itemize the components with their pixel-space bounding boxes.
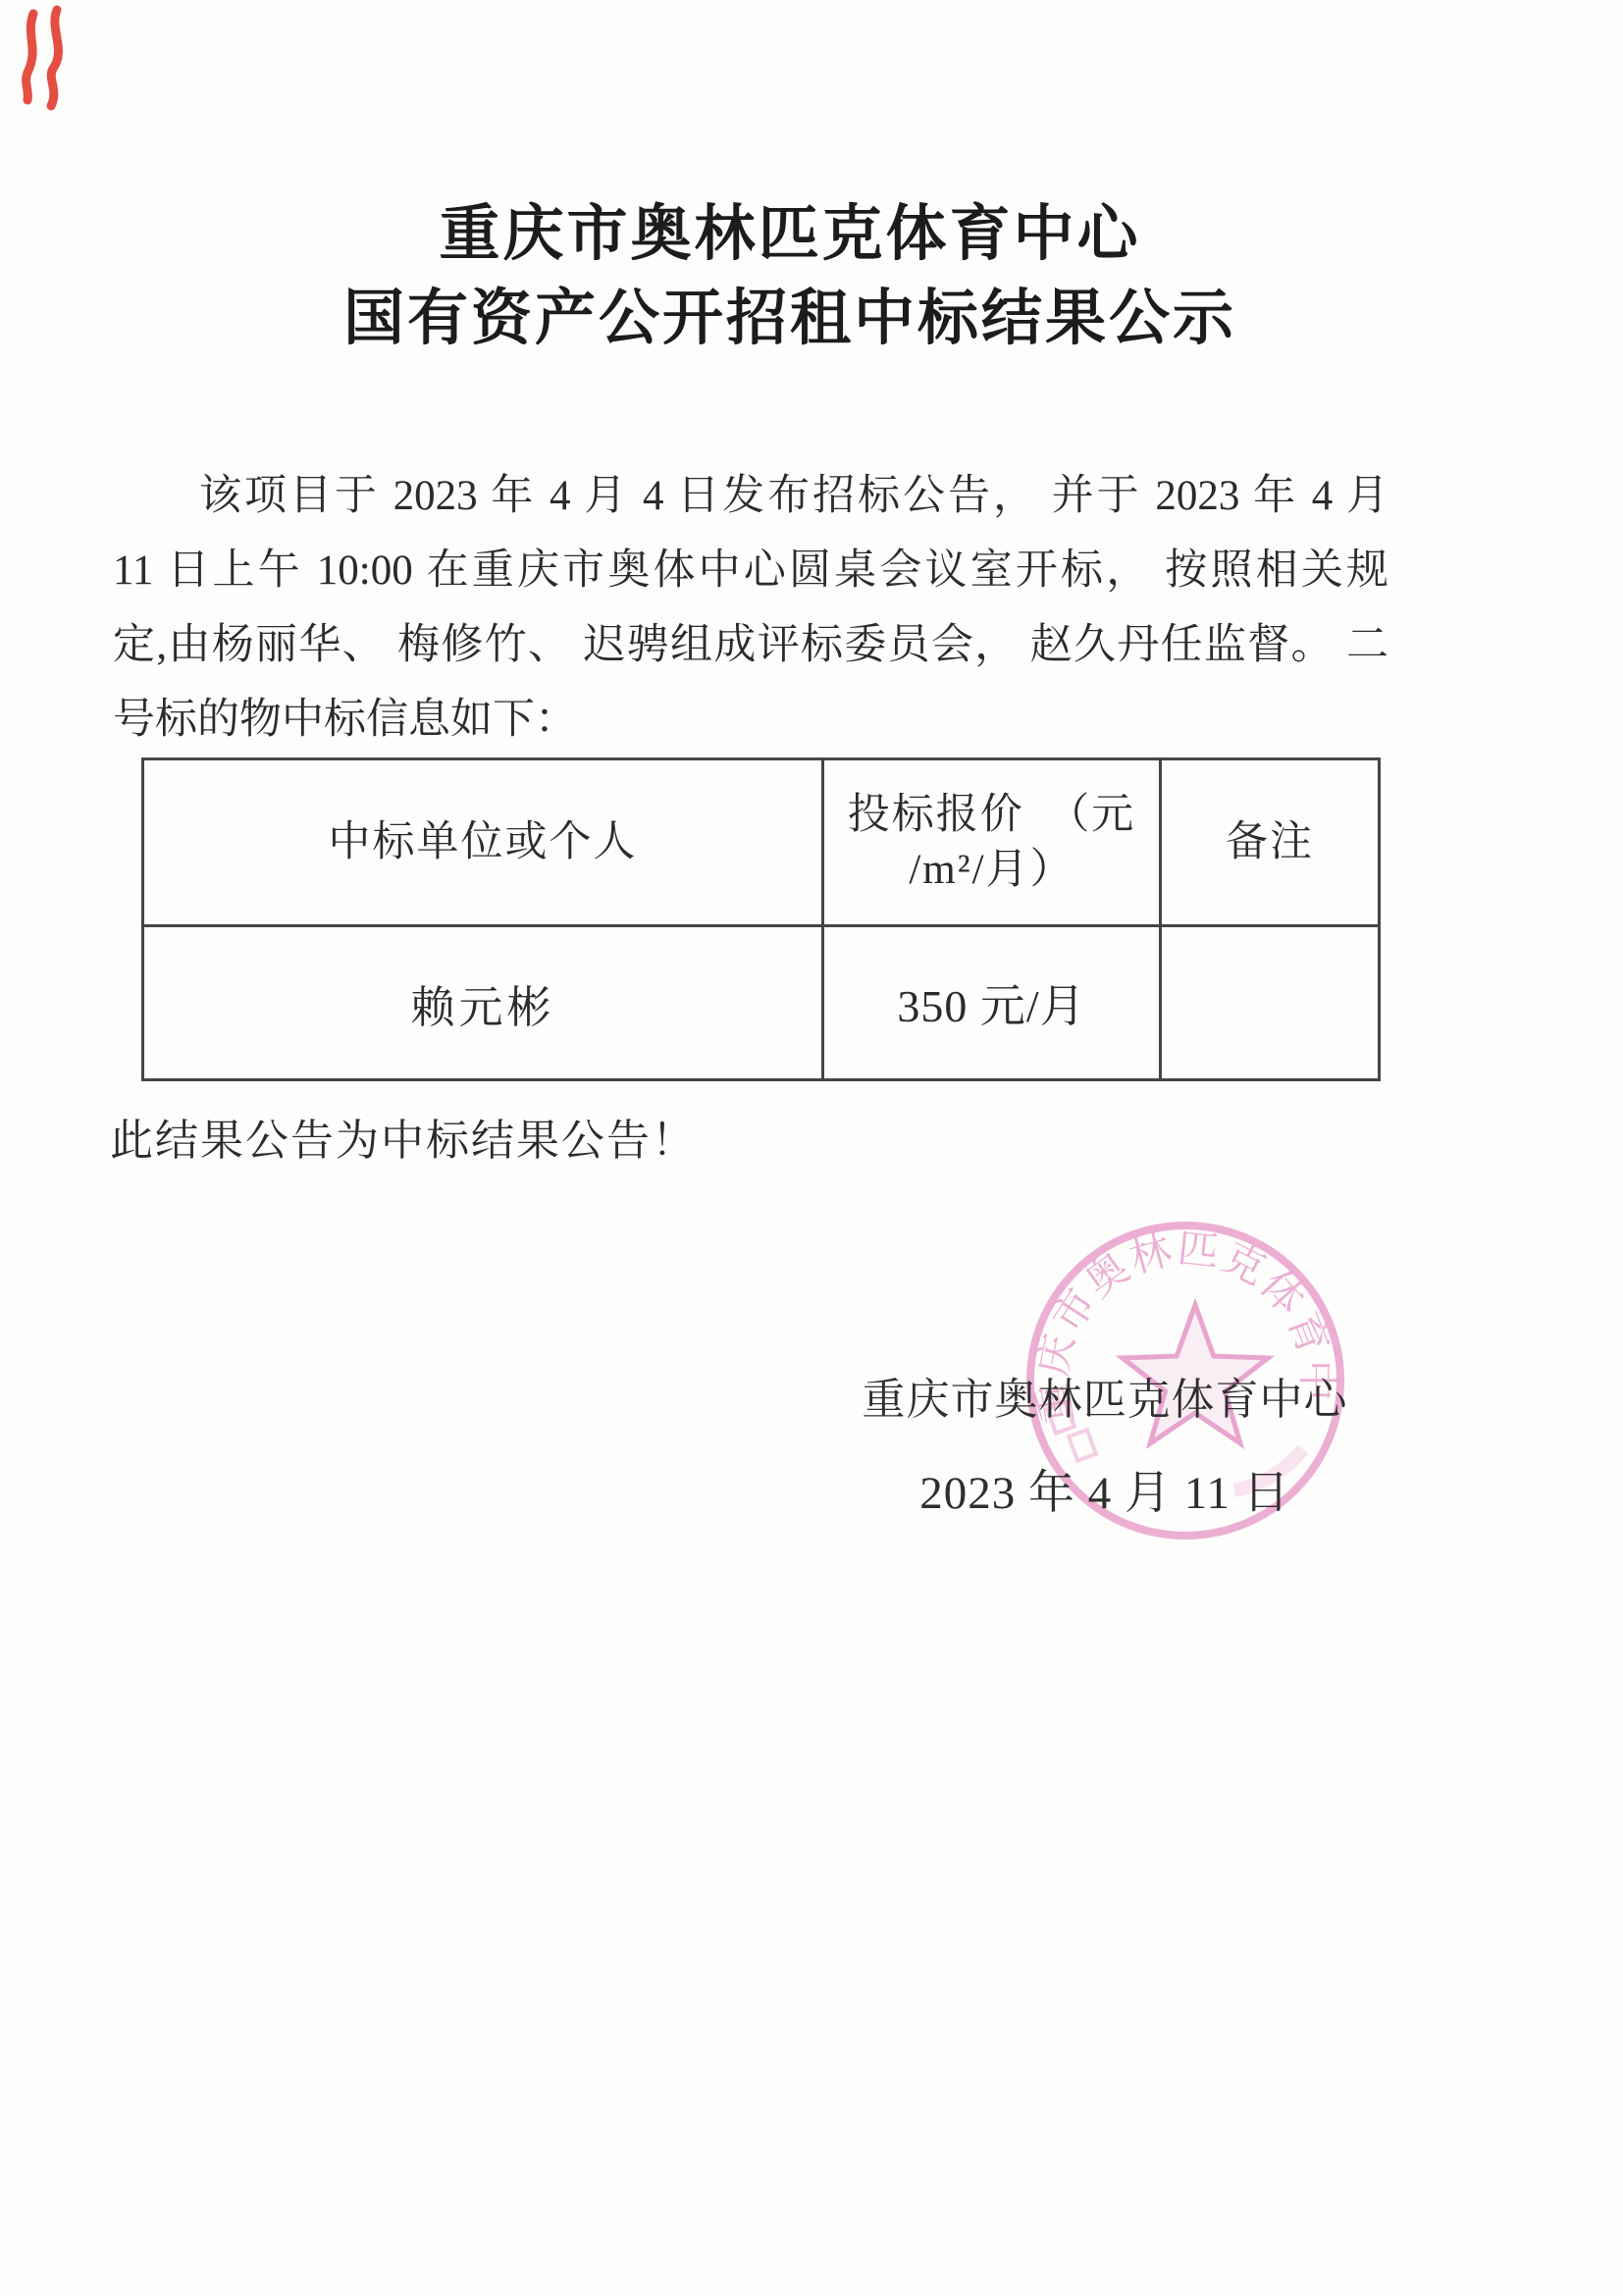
header-bid-line1: 投标报价 （元 xyxy=(824,788,1159,843)
paragraph-line: 号标的物中标信息如下： xyxy=(113,683,1388,757)
table-row: 赖元彬 350 元/月 xyxy=(143,926,1380,1080)
header-remark: 备注 xyxy=(1160,759,1379,926)
title-line-2: 国有资产公开招租中标结果公示 xyxy=(0,277,1580,361)
header-bid-line2: /m²/月） xyxy=(824,843,1159,898)
header-winner-label: 中标单位或个人 xyxy=(144,815,821,870)
scanned-document-page: 重庆市奥林匹克体育中心 国有资产公开招租中标结果公示 该项目于 2023 年 4… xyxy=(0,0,1623,2296)
bid-cell: 350 元/月 xyxy=(823,926,1161,1080)
title-line-1: 重庆市奥林匹克体育中心 xyxy=(0,192,1580,277)
header-remark-label: 备注 xyxy=(1162,815,1378,870)
remark-cell xyxy=(1160,926,1379,1080)
winner-cell: 赖元彬 xyxy=(143,926,823,1080)
header-bid: 投标报价 （元 /m²/月） xyxy=(823,759,1161,926)
red-pen-marks xyxy=(18,4,86,117)
result-table: 中标单位或个人 投标报价 （元 /m²/月） 备注 赖元彬 350 元/月 xyxy=(141,757,1381,1081)
signature-organization: 重庆市奥林匹克体育中心 xyxy=(860,1364,1350,1427)
signature-date: 2023 年 4 月 11 日 xyxy=(860,1456,1350,1522)
paragraph-line: 11 日上午 10:00 在重庆市奥体中心圆桌会议室开标， 按照相关规 xyxy=(113,534,1388,608)
body-paragraph: 该项目于 2023 年 4 月 4 日发布招标公告， 并于 2023 年 4 月… xyxy=(113,459,1388,757)
paragraph-line: 定,由杨丽华、 梅修竹、 迟骋组成评标委员会， 赵久丹任监督。 二 xyxy=(113,608,1388,683)
header-winner: 中标单位或个人 xyxy=(143,759,823,926)
document-title: 重庆市奥林匹克体育中心 国有资产公开招租中标结果公示 xyxy=(0,192,1580,361)
paragraph-line: 该项目于 2023 年 4 月 4 日发布招标公告， 并于 2023 年 4 月 xyxy=(113,459,1388,534)
table-header-row: 中标单位或个人 投标报价 （元 /m²/月） 备注 xyxy=(143,759,1380,926)
closing-note: 此结果公告为中标结果公告！ xyxy=(110,1105,697,1168)
